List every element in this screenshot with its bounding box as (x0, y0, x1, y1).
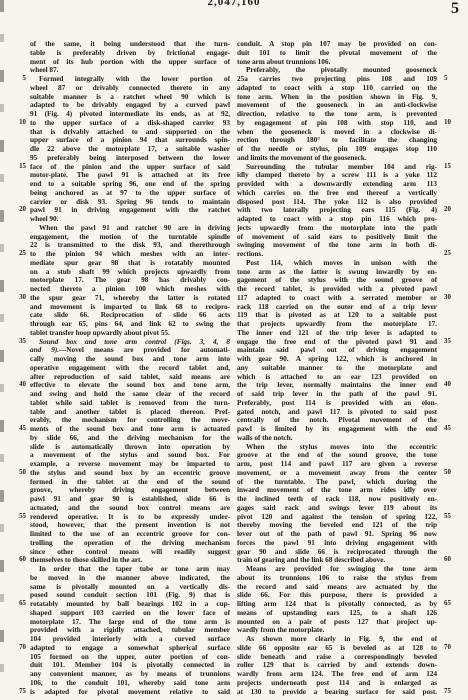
text-line: In order that the taper tube or tone arm… (30, 565, 230, 574)
line-number-spacer (444, 416, 468, 425)
text-line: table is preferably driven by frictional… (30, 49, 230, 58)
line-number-spacer (0, 521, 26, 530)
text-line: slide 66 opposite ear 65 is beveled as a… (237, 644, 437, 653)
text-line: tablet while said tablet is removed from… (30, 399, 230, 408)
page-number: 5 (451, 0, 459, 18)
text-line: motor-plate. The pawl 91 is attached at … (30, 171, 230, 180)
text-line: erably, the mechanism for controlling th… (30, 416, 230, 425)
line-number-spacer (0, 320, 26, 329)
line-number-spacer (444, 565, 468, 574)
line-number-spacer (0, 84, 26, 93)
text-line: ments of the sound box and tone arm is a… (30, 425, 230, 434)
line-number-spacer (444, 355, 468, 364)
line-number: 50 (444, 469, 468, 478)
text-line: by engagement of pin 108 with stop 110, … (237, 119, 437, 128)
line-number-spacer (0, 189, 26, 198)
text-line: provided with a rigidly attached, tubula… (30, 626, 230, 635)
line-number-spacer (0, 198, 26, 207)
line-number-spacer (0, 486, 26, 495)
text-line: to the upper surface of a disk-shaped ca… (30, 119, 230, 128)
text-line: 104 provided interiorly with a curved su… (30, 635, 230, 644)
line-number-spacer (444, 58, 468, 67)
line-number-spacer (0, 215, 26, 224)
text-line: Means are provided for swinging the tone… (237, 565, 437, 574)
line-number-spacer (0, 224, 26, 233)
line-number-spacer (0, 399, 26, 408)
text-line: cate slide 66. Reciprocation of slide 66… (30, 311, 230, 320)
text-line: since other control means will readily s… (30, 548, 230, 557)
text-line: which is attached to an ear 123 provided… (237, 373, 437, 382)
text-line: walls of the notch. (237, 434, 437, 443)
line-number-spacer (444, 93, 468, 102)
text-line: trolling the operation of the driving me… (30, 539, 230, 548)
line-number-spacer (444, 521, 468, 530)
text-line: Post 114, which moves in unison with the (237, 259, 437, 268)
text-line: rack 118 carried on the outer end of a t… (237, 303, 437, 312)
line-number: 45 (0, 425, 26, 434)
text-line: means of upstanding ears 125, to a shaft… (237, 609, 437, 618)
line-number-spacer (0, 355, 26, 364)
line-number-spacer (444, 101, 468, 110)
text-line: tone arm as the latter is swung inwardly… (237, 268, 437, 277)
text-line: motorplate 17. The gear 98 has drivably … (30, 276, 230, 285)
text-line: slide is automatically thrown into opera… (30, 443, 230, 452)
line-number-spacer (0, 93, 26, 102)
text-line: and movement is imparted to link 68 to r… (30, 303, 230, 312)
right-line-number-gutter: 5 10 15 20 25 30 35 40 45 50 55 60 65 70… (440, 40, 468, 696)
text-line: slide beneath and raise a correspondingl… (237, 653, 437, 662)
line-number: 30 (444, 294, 468, 303)
text-line: gear 90 and slide 66 is reciprocated thr… (237, 548, 437, 557)
text-line: the trip lever, normally maintains the i… (237, 381, 437, 390)
line-number-spacer (444, 539, 468, 548)
text-line: of movement of said ears to positively l… (237, 233, 437, 242)
text-line: be moved in the manner above indicated, … (30, 574, 230, 583)
text-line: of the needle or stylus, pin 109 engages… (237, 145, 437, 154)
line-number-spacer (0, 653, 26, 662)
line-number-spacer (0, 233, 26, 242)
line-number-spacer (444, 171, 468, 180)
text-line: 22 is transmitted to the disk 93, and th… (30, 241, 230, 250)
line-number: 5 (0, 75, 26, 84)
line-number-spacer (0, 451, 26, 460)
text-line: jects upwardly from the motorplate into … (237, 224, 437, 233)
line-number-spacer (444, 180, 468, 189)
text-line: dle 22 above the motorplate 17, a suitab… (30, 145, 230, 154)
line-number-spacer (444, 311, 468, 320)
line-number-spacer (444, 40, 468, 49)
line-number-spacer (444, 373, 468, 382)
text-line: rections. (237, 250, 437, 259)
line-number-spacer (444, 49, 468, 58)
line-number: 60 (444, 556, 468, 565)
text-line: train of gearing and the link 68 describ… (237, 556, 437, 565)
line-number-spacer (444, 609, 468, 618)
left-text-column: of the same, it being understood that th… (30, 40, 230, 696)
line-number-spacer (444, 618, 468, 627)
line-number-spacer (444, 128, 468, 137)
line-number-spacer (0, 635, 26, 644)
text-line: pawl 91 in driving engagement with the r… (30, 206, 230, 215)
text-line: operative engagement with the record tab… (30, 364, 230, 373)
text-line: thereby moving the beveled end 121 of th… (237, 521, 437, 530)
line-number-spacer (0, 574, 26, 583)
line-number-spacer (444, 653, 468, 662)
text-line: the stylus and sound box by an eccentric… (30, 469, 230, 478)
line-number-spacer (444, 154, 468, 163)
line-number: 35 (0, 338, 26, 347)
line-number-spacer (0, 110, 26, 119)
line-number-spacer (444, 110, 468, 119)
text-line: idly clamped thereto by a screw 111 is a… (237, 171, 437, 180)
line-number-spacer (0, 495, 26, 504)
line-number-spacer (444, 285, 468, 294)
text-line: face of the pinion and the upper surface… (30, 163, 230, 172)
line-number-spacer (444, 268, 468, 277)
line-number-spacer (0, 303, 26, 312)
text-line: wardly from the motorplate. (237, 626, 437, 635)
text-line: gages said rack and swings lever 119 abo… (237, 504, 437, 513)
text-line: and swing and hold the same clear of the… (30, 390, 230, 399)
line-number: 35 (444, 338, 468, 347)
text-line: The inner end 121 of the trip lever is a… (237, 329, 437, 338)
line-number: 30 (0, 294, 26, 303)
text-line: adapted to engage a somewhat spherical s… (30, 644, 230, 653)
text-line: the spur gear 71, whereby the latter is … (30, 294, 230, 303)
patent-number: 2,047,160 (0, 0, 468, 8)
line-number-spacer (444, 233, 468, 242)
text-line: Sound box and tone arm control (Figs. 3,… (30, 338, 230, 347)
text-line: 119 that is pivoted as at 120 to a suita… (237, 311, 437, 320)
text-line: wheel 87 or drivably connected thereto i… (30, 84, 230, 93)
text-line: When the stylus moves into the eccentric (237, 443, 437, 452)
text-line: As shown more clearly in Fig. 9, the end… (237, 635, 437, 644)
line-number-spacer (444, 329, 468, 338)
line-number: 50 (0, 469, 26, 478)
text-line: projects underneath post 114 and is enla… (237, 679, 437, 688)
text-line: end to a suitable spring 96, one end of … (30, 180, 230, 189)
line-number-spacer (444, 399, 468, 408)
text-line: tablet transfer hoop upwardly about pivo… (30, 329, 230, 338)
text-line: pivot 120 and against the tension of spr… (237, 513, 437, 522)
text-line: disposed post 114. The yoke 112 is also … (237, 198, 437, 207)
line-number-spacer (444, 215, 468, 224)
line-number-spacer (444, 661, 468, 670)
line-number: 55 (444, 513, 468, 522)
text-line: when the gooseneck is moved in a clockwi… (237, 128, 437, 137)
line-number-spacer (444, 443, 468, 452)
text-line: pawl 91 and gear 90 is established, slid… (30, 495, 230, 504)
text-line: table and another tablet is placed there… (30, 408, 230, 417)
line-number: 10 (0, 119, 26, 128)
text-line: with two laterally projecting ears 115 (… (237, 206, 437, 215)
text-line: nected thereto a pinion 100 which meshes… (30, 285, 230, 294)
line-number-spacer (0, 504, 26, 513)
text-line: wardly from arm 124. The free end of arm… (237, 670, 437, 679)
line-number-spacer (0, 364, 26, 373)
line-number-spacer (444, 451, 468, 460)
line-number-spacer (444, 241, 468, 250)
line-number-spacer (0, 618, 26, 627)
line-number-spacer (0, 128, 26, 137)
patent-page: 2,047,160 5 5 10 15 20 25 30 35 40 45 50… (0, 0, 468, 700)
text-line: direction, relative to the tone arm, is … (237, 110, 437, 119)
text-line: adapted to coact with a stop pin 116 whi… (237, 215, 437, 224)
line-number-spacer (444, 346, 468, 355)
text-line: lever out of the path of pawl 91. Spring… (237, 530, 437, 539)
line-number: 75 (444, 688, 468, 697)
line-number-spacer (0, 136, 26, 145)
line-number-spacer (0, 443, 26, 452)
line-number-spacer (444, 198, 468, 207)
line-number-spacer (444, 670, 468, 679)
line-number: 15 (0, 163, 26, 172)
text-line: to the pinion 94 which meshes with an in… (30, 250, 230, 259)
line-number-spacer (0, 276, 26, 285)
line-number-spacer (0, 180, 26, 189)
text-line: swinging movement of the tone arm in bot… (237, 241, 437, 250)
text-line: is adapted for pivotal movement relative… (30, 688, 230, 697)
text-line: movement, or a movement away from the ce… (237, 469, 437, 478)
line-number: 45 (444, 425, 468, 434)
line-number: 65 (444, 600, 468, 609)
text-line: the record tablet, is provided with a pi… (237, 285, 437, 294)
line-number-spacer (0, 679, 26, 688)
text-line: formed in the tablet at the end of the s… (30, 478, 230, 487)
line-number-spacer (444, 504, 468, 513)
text-line: same is pivotally mounted on a verticall… (30, 583, 230, 592)
line-number-spacer (0, 434, 26, 443)
text-line: wheel 87. (30, 66, 230, 75)
text-line: at 130 to provide a bearing surface for … (237, 688, 437, 697)
line-number-spacer (0, 145, 26, 154)
right-text-column: conduit. A stop pin 107 may be provided … (237, 40, 437, 696)
line-number-spacer (0, 40, 26, 49)
text-line: wheel 90. (30, 215, 230, 224)
text-line: 106, to the conduit 101, whereby said to… (30, 679, 230, 688)
text-line: gated notch, and pawl 117 is pivoted to … (237, 408, 437, 417)
line-number-spacer (444, 478, 468, 487)
text-line: mounted on a pair of posts 127 that proj… (237, 618, 437, 627)
line-number-spacer (444, 66, 468, 75)
line-number-spacer (0, 583, 26, 592)
line-number-spacer (0, 390, 26, 399)
line-number-spacer (444, 303, 468, 312)
line-number-spacer (0, 460, 26, 469)
line-number-spacer (444, 408, 468, 417)
text-line: rotatably mounted by ball bearings 102 i… (30, 600, 230, 609)
line-number-spacer (0, 530, 26, 539)
text-line: posed sound conduit section 101 (Fig. 9)… (30, 591, 230, 600)
line-number-spacer (444, 84, 468, 93)
line-number-spacer (0, 416, 26, 425)
text-line: engagement, the motion of the turntable … (30, 233, 230, 242)
text-line: groove at the end of the sound groove, t… (237, 451, 437, 460)
line-number-spacer (444, 434, 468, 443)
line-number: 65 (0, 600, 26, 609)
line-number: 70 (0, 644, 26, 653)
text-line: any convenient manner, as by means of tr… (30, 670, 230, 679)
line-number-spacer (0, 329, 26, 338)
line-number-spacer (444, 495, 468, 504)
text-line: the inclined teeth of rack 118, now posi… (237, 495, 437, 504)
line-number: 70 (444, 644, 468, 653)
line-number-spacer (0, 591, 26, 600)
line-number-spacer (444, 460, 468, 469)
text-line: 95 preferably being interposed between t… (30, 154, 230, 163)
text-line: being anchored as at 97 to the upper sur… (30, 189, 230, 198)
line-number-spacer (0, 311, 26, 320)
text-line: provided with a downwardly extending arm… (237, 180, 437, 189)
line-number-spacer (0, 661, 26, 670)
text-line: 91 (Fig. 4) pivoted intermediate its end… (30, 110, 230, 119)
text-line: themselves to those skilled in the art. (30, 556, 230, 565)
text-columns: 5 10 15 20 25 30 35 40 45 50 55 60 65 70… (0, 40, 468, 696)
text-line: adapted to coact with a stop 110 carried… (237, 84, 437, 93)
line-number-spacer (0, 58, 26, 67)
text-line: on a stub shaft 99 which projects upward… (30, 268, 230, 277)
line-number-spacer (0, 408, 26, 417)
text-line: gagement of the stylus with the sound gr… (237, 276, 437, 285)
line-number-spacer (0, 373, 26, 382)
text-line: stood, however, that the present inventi… (30, 521, 230, 530)
line-number: 25 (444, 250, 468, 259)
text-line: actuated, and the sound box control mean… (30, 504, 230, 513)
line-number-spacer (0, 268, 26, 277)
text-line: a movement of the stylus and sound box. … (30, 451, 230, 460)
text-line: through ear 65, pins 64, and link 62 to … (30, 320, 230, 329)
text-line: pawl is limited by its engagement with t… (237, 425, 437, 434)
text-line: Formed integrally with the lower portion… (30, 75, 230, 84)
text-line: mediate spur gear 98 that is rotatably m… (30, 259, 230, 268)
text-line: lifting arm 124 that is pivotally connec… (237, 600, 437, 609)
line-number-spacer (0, 609, 26, 618)
text-line: carrier or disk 93. Spring 96 tends to m… (30, 198, 230, 207)
text-line: groove, whereby driving engagement betwe… (30, 486, 230, 495)
line-number-spacer (0, 565, 26, 574)
text-line: with gear 90. A spring 122, which is anc… (237, 355, 437, 364)
line-number-spacer (444, 486, 468, 495)
left-line-number-gutter: 5 10 15 20 25 30 35 40 45 50 55 60 65 70… (0, 40, 26, 696)
line-number: 40 (444, 381, 468, 390)
text-line: tone arm. When in the position shown in … (237, 93, 437, 102)
text-line: 117 adapted to coact with a serrated mem… (237, 294, 437, 303)
line-number-spacer (0, 171, 26, 180)
line-number-spacer (444, 635, 468, 644)
line-number-spacer (0, 241, 26, 250)
line-number: 5 (444, 75, 468, 84)
line-number-spacer (0, 478, 26, 487)
line-number: 10 (444, 119, 468, 128)
text-line: upper surface of a pinion 94 that surrou… (30, 136, 230, 145)
text-line: effective to elevate the sound box and t… (30, 381, 230, 390)
text-line: about its trunnions 106 to raise the sty… (237, 574, 437, 583)
text-line: ment of its hub portion with the upper s… (30, 58, 230, 67)
text-line: forces the pawl 91 into driving engageme… (237, 539, 437, 548)
line-number-spacer (444, 320, 468, 329)
text-line: example, a reverse movement may be impar… (30, 460, 230, 469)
line-number: 20 (0, 206, 26, 215)
line-number-spacer (444, 136, 468, 145)
line-number: 25 (0, 250, 26, 259)
text-line: any suitable manner to the motorplate an… (237, 364, 437, 373)
line-number-spacer (444, 276, 468, 285)
text-line: slide 66. For this purpose, there is pro… (237, 591, 437, 600)
text-line: of the turntable. The pawl, which during… (237, 478, 437, 487)
text-line: duit 101. Member 104 is pivotally connec… (30, 661, 230, 670)
line-number-spacer (444, 189, 468, 198)
text-line: limited to the use of an eccentric groov… (30, 530, 230, 539)
text-line: motorplate 17. The large end of the tone… (30, 618, 230, 627)
line-number-spacer (0, 49, 26, 58)
line-number-spacer (444, 679, 468, 688)
line-number-spacer (0, 101, 26, 110)
text-line: and 9).—Novel means are provided for aut… (30, 346, 230, 355)
line-number-spacer (0, 154, 26, 163)
line-number-spacer (0, 539, 26, 548)
line-number: 75 (0, 688, 26, 697)
line-number-spacer (444, 145, 468, 154)
line-number: 55 (0, 513, 26, 522)
text-line: Preferably, post 114 is provided with an… (237, 399, 437, 408)
line-number-spacer (0, 66, 26, 75)
line-number-spacer (444, 390, 468, 399)
line-number-spacer (444, 548, 468, 557)
text-line: which carries on the free end thereof a … (237, 189, 437, 198)
text-line: duit 101 to limit the pivotal movement o… (237, 49, 437, 58)
text-line: arm, post 114 and pawl 117 are given a r… (237, 460, 437, 469)
text-line: by slide 66, and the driving mechanism f… (30, 434, 230, 443)
text-line: 105 formed on the upper, outer portion o… (30, 653, 230, 662)
text-line: shaped support 103 carried on the lower … (30, 609, 230, 618)
line-number: 40 (0, 381, 26, 390)
text-line: suitable manner is a ratchet wheel 90 wh… (30, 93, 230, 102)
text-line: rection through 180° to facilitate the c… (237, 136, 437, 145)
line-number-spacer (444, 626, 468, 635)
text-line: roller 129 that is carried by and extend… (237, 661, 437, 670)
text-line: cally moving the sound box and tone arm … (30, 355, 230, 364)
text-line: after reproduction of said tablet, said … (30, 373, 230, 382)
text-line: the record and said means are actuated b… (237, 583, 437, 592)
text-line: adapted to be drivably engaged by a curv… (30, 101, 230, 110)
line-number: 15 (444, 163, 468, 172)
line-number-spacer (444, 530, 468, 539)
text-line: conduit. A stop pin 107 may be provided … (237, 40, 437, 49)
text-line: and limits the movement of the gooseneck… (237, 154, 437, 163)
text-line: inward movement of the tone arm rides id… (237, 486, 437, 495)
line-number-spacer (0, 346, 26, 355)
line-number: 60 (0, 556, 26, 565)
text-line: engage the free end of the pivoted pawl … (237, 338, 437, 347)
text-line: Preferably, the pivotally mounted goosen… (237, 66, 437, 75)
line-number-spacer (0, 285, 26, 294)
line-number-spacer (0, 670, 26, 679)
text-line: movement of the gooseneck in an anti-clo… (237, 101, 437, 110)
line-number-spacer (444, 364, 468, 373)
line-number: 20 (444, 206, 468, 215)
text-line: Surrounding the tubular member 104 and r… (237, 163, 437, 172)
line-number-spacer (444, 259, 468, 268)
text-line: rendered operative. It is to be expressl… (30, 513, 230, 522)
line-number-spacer (0, 259, 26, 268)
text-line: that is drivably attached to and support… (30, 128, 230, 137)
text-line: of said trip lever in the path of the pa… (237, 390, 437, 399)
line-number-spacer (0, 548, 26, 557)
text-line: centrally of the notch. Pivotal movement… (237, 416, 437, 425)
text-line: tone arm about trunnions 106. (237, 58, 437, 67)
text-line: that projects upwardly from the motorpla… (237, 320, 437, 329)
line-number-spacer (444, 591, 468, 600)
